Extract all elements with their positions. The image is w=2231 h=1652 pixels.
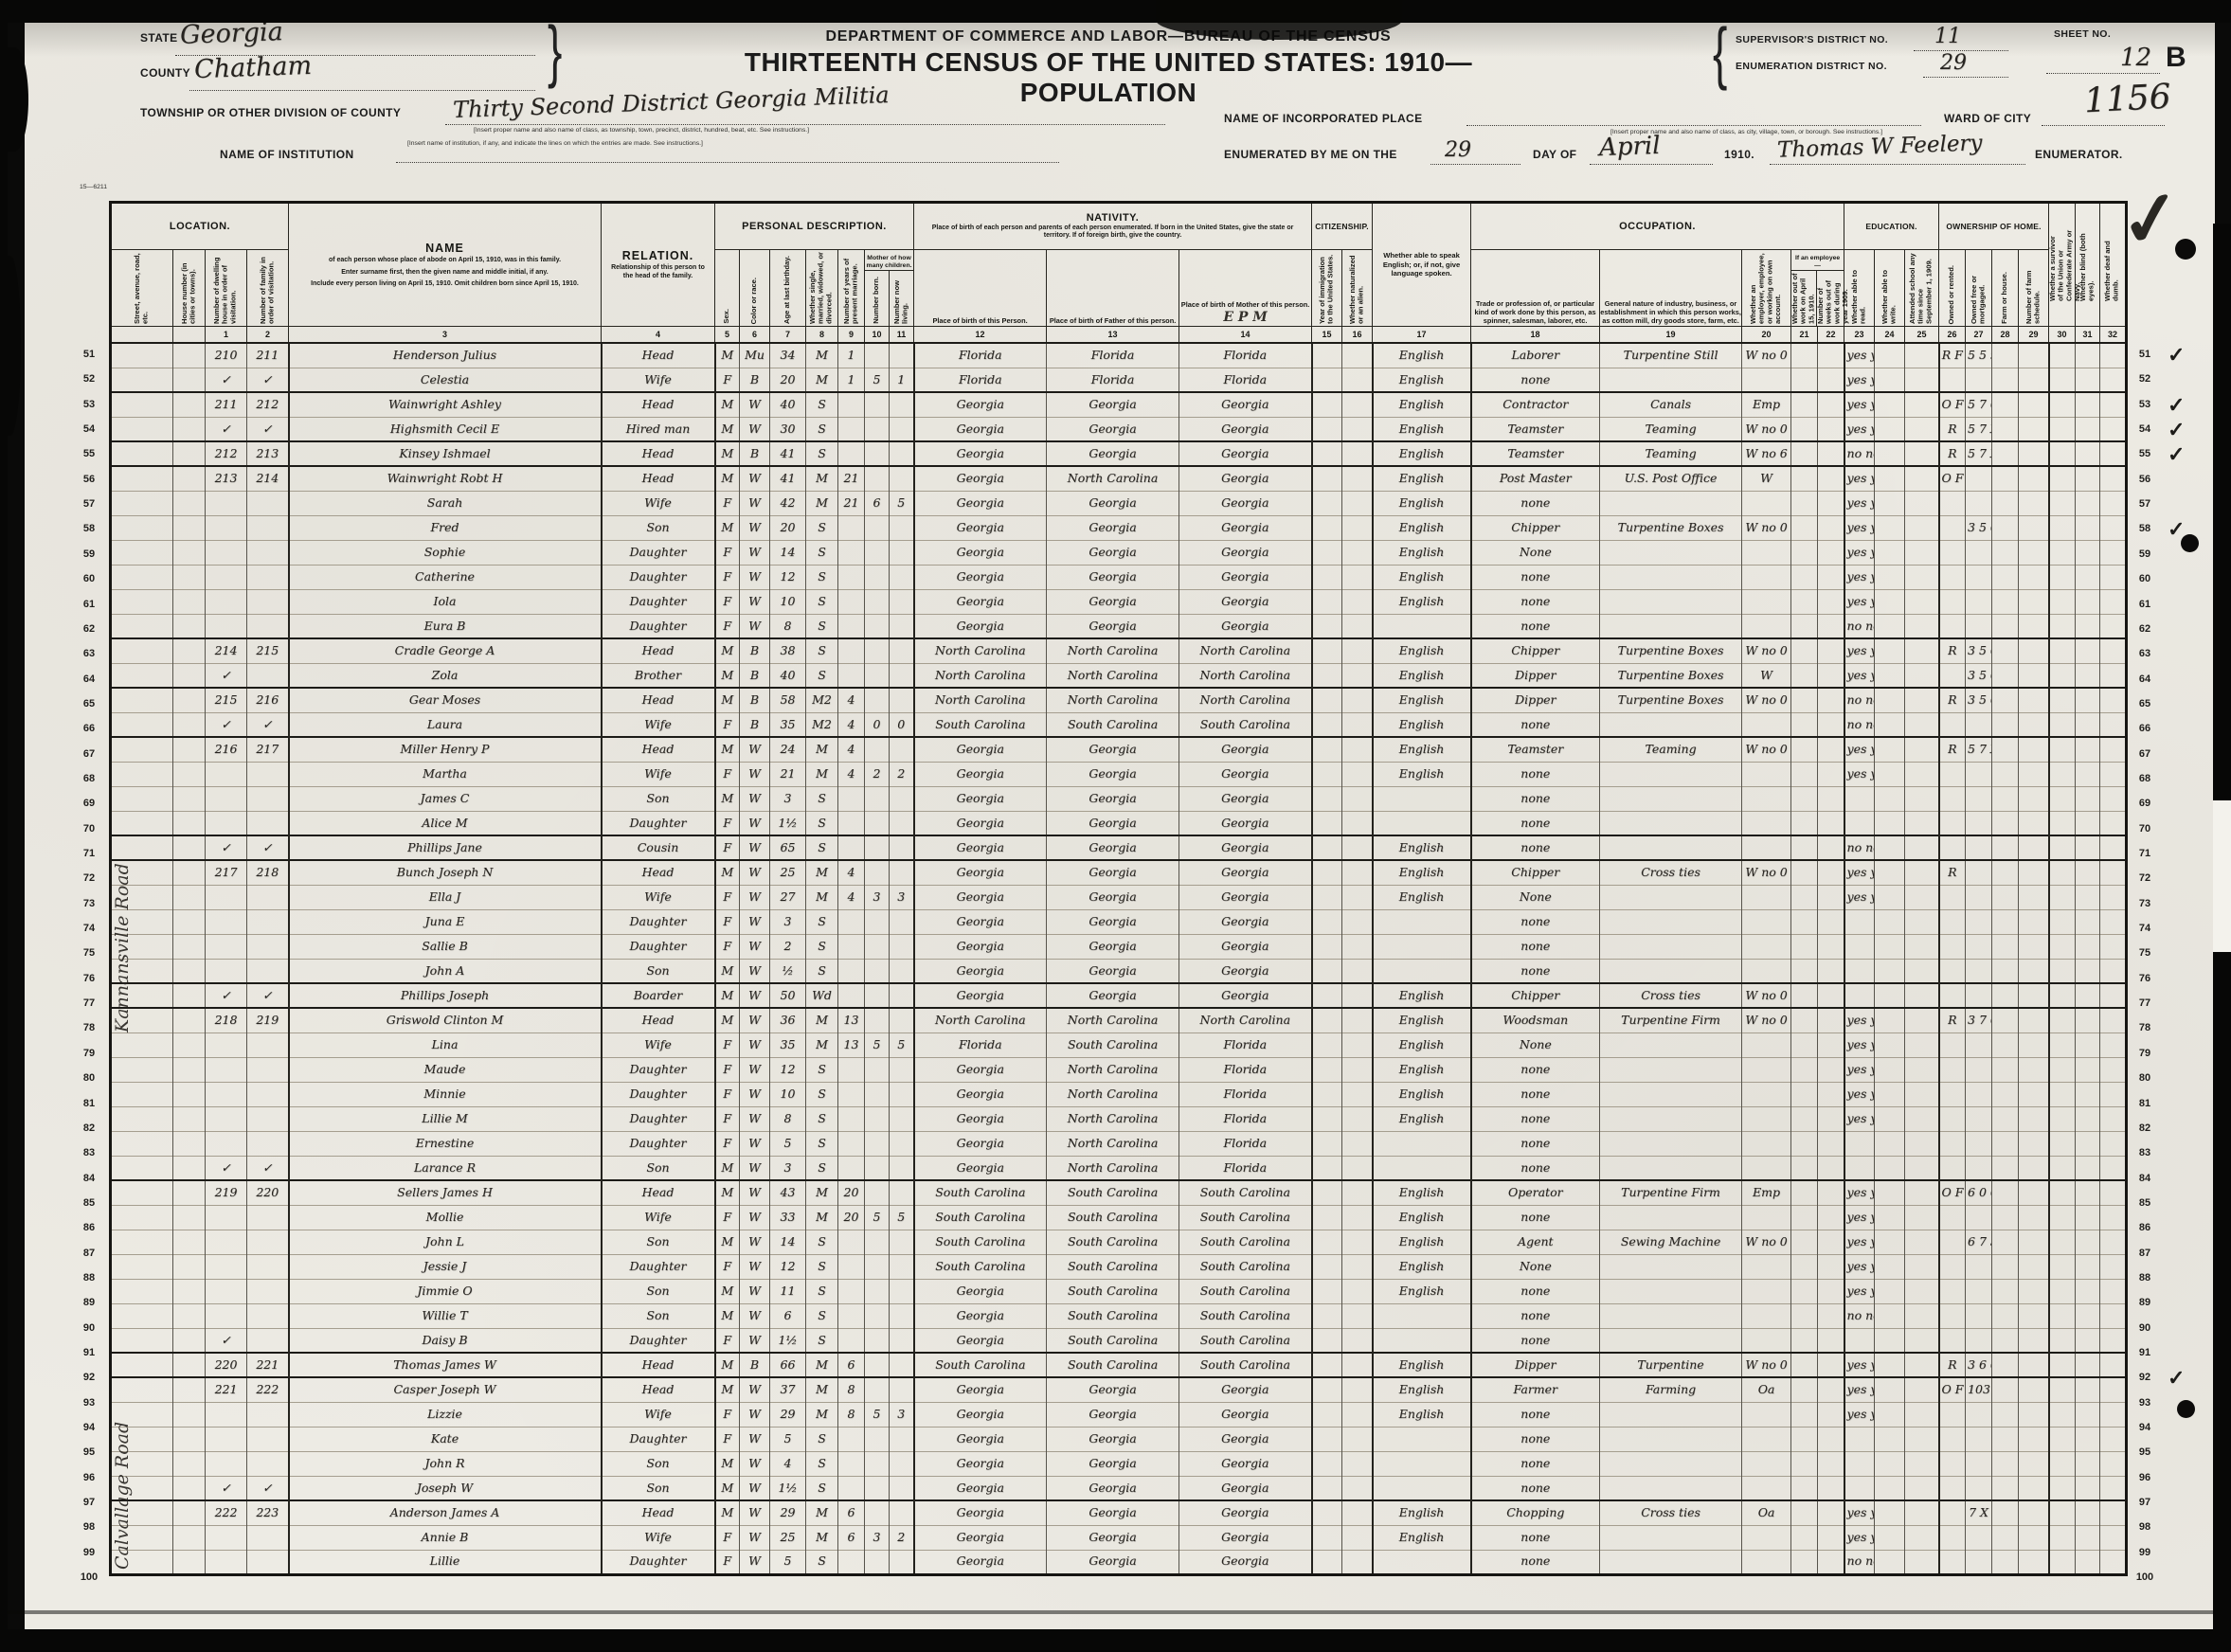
cell-ind-66 <box>1600 712 1742 737</box>
cell-sched-63 <box>2019 638 2049 663</box>
cell-name-89: Jimmie O <box>289 1279 602 1303</box>
cell-sex-90: M <box>715 1303 740 1328</box>
cell-farm-52 <box>1992 368 2019 392</box>
cell-write-97 <box>1875 1476 1905 1500</box>
enumerator-name-handwritten: Thomas W Feelery <box>1777 131 1983 163</box>
cell-deaf-78 <box>2100 1008 2127 1032</box>
cell-sex-79: F <box>715 1032 740 1057</box>
vt-farm-schedule: Number of farm schedule. <box>2025 252 2042 324</box>
cell-surv-93 <box>2049 1377 2076 1402</box>
cell-free-82 <box>1966 1106 1992 1131</box>
census-row-60: CatherineDaughterFW12SGeorgiaGeorgiaGeor… <box>111 565 2127 589</box>
cell-cb-91 <box>865 1328 890 1353</box>
cell-imm-77 <box>1312 983 1342 1008</box>
cell-trade-55: Teamster <box>1471 441 1600 466</box>
cell-dw-93: 221 <box>206 1377 247 1402</box>
cell-own-63: R <box>1939 638 1966 663</box>
cell-yrs-69 <box>838 786 865 811</box>
cell-cb-84 <box>865 1156 890 1180</box>
cell-house-72 <box>173 860 206 885</box>
cell-cls-66 <box>1742 712 1791 737</box>
cell-sched-94 <box>2019 1402 2049 1427</box>
cell-pob-53: Georgia <box>914 392 1047 417</box>
cell-own-55: R <box>1939 441 1966 466</box>
cell-blind-94 <box>2076 1402 2100 1427</box>
cell-wks-87 <box>1818 1230 1844 1254</box>
cell-blind-65 <box>2076 688 2100 712</box>
cell-color-92: B <box>740 1353 770 1377</box>
cell-pf-65: North Carolina <box>1047 688 1179 712</box>
cell-sex-60: F <box>715 565 740 589</box>
cell-sex-53: M <box>715 392 740 417</box>
census-row-94: LizzieWifeFW29M853GeorgiaGeorgiaGeorgiaE… <box>111 1402 2127 1427</box>
cell-fam-60 <box>247 565 289 589</box>
cell-imm-81 <box>1312 1082 1342 1106</box>
row-number-right-97: 97 <box>2128 1497 2162 1508</box>
cell-school-66 <box>1905 712 1939 737</box>
cell-nat-63 <box>1342 638 1373 663</box>
cell-cb-71 <box>865 835 890 860</box>
cell-own-100 <box>1939 1550 1966 1574</box>
cell-school-72 <box>1905 860 1939 885</box>
cell-blind-73 <box>2076 885 2100 909</box>
cell-eng-64: English <box>1373 663 1471 688</box>
cell-own-86 <box>1939 1205 1966 1230</box>
cell-surv-67 <box>2049 737 2076 762</box>
cell-color-51: Mu <box>740 343 770 368</box>
cell-cls-80 <box>1742 1057 1791 1082</box>
cell-pob-85: South Carolina <box>914 1180 1047 1205</box>
cell-blind-68 <box>2076 762 2100 786</box>
cell-pf-89: South Carolina <box>1047 1279 1179 1303</box>
cell-write-70 <box>1875 811 1905 835</box>
cell-nat-68 <box>1342 762 1373 786</box>
cell-color-61: W <box>740 589 770 614</box>
cell-dw-70 <box>206 811 247 835</box>
cell-free-58: 3 5 0 0 <box>1966 515 1992 540</box>
cell-deaf-75 <box>2100 934 2127 959</box>
cell-ind-100 <box>1600 1550 1742 1574</box>
cell-wks-85 <box>1818 1180 1844 1205</box>
cell-pf-92: South Carolina <box>1047 1353 1179 1377</box>
township-underline <box>445 123 1165 125</box>
cell-blind-75 <box>2076 934 2100 959</box>
cell-mar-85: M <box>806 1180 838 1205</box>
cell-nat-84 <box>1342 1156 1373 1180</box>
cell-nat-71 <box>1342 835 1373 860</box>
row-number-left-72: 72 <box>72 872 106 884</box>
cell-wks-53 <box>1818 392 1844 417</box>
cell-age-87: 14 <box>770 1230 806 1254</box>
cell-pob-60: Georgia <box>914 565 1047 589</box>
cell-sex-52: F <box>715 368 740 392</box>
cell-age-84: 3 <box>770 1156 806 1180</box>
cell-deaf-72 <box>2100 860 2127 885</box>
cell-nat-87 <box>1342 1230 1373 1254</box>
cell-yrs-63 <box>838 638 865 663</box>
census-row-99: Annie BWifeFW25M632GeorgiaGeorgiaGeorgia… <box>111 1525 2127 1550</box>
cell-read-82: yes yes <box>1844 1106 1875 1131</box>
cell-fam-73 <box>247 885 289 909</box>
cell-dw-76 <box>206 959 247 983</box>
cell-school-75 <box>1905 934 1939 959</box>
cell-wks-99 <box>1818 1525 1844 1550</box>
cell-deaf-85 <box>2100 1180 2127 1205</box>
cell-deaf-74 <box>2100 909 2127 934</box>
cell-pob-90: Georgia <box>914 1303 1047 1328</box>
cell-eng-63: English <box>1373 638 1471 663</box>
cell-surv-60 <box>2049 565 2076 589</box>
cell-deaf-82 <box>2100 1106 2127 1131</box>
cell-cls-62 <box>1742 614 1791 638</box>
cell-imm-58 <box>1312 515 1342 540</box>
cell-pm-91: South Carolina <box>1179 1328 1312 1353</box>
cell-free-100 <box>1966 1550 1992 1574</box>
cell-fam-85: 220 <box>247 1180 289 1205</box>
cell-farm-69 <box>1992 786 2019 811</box>
cell-farm-82 <box>1992 1106 2019 1131</box>
cell-imm-73 <box>1312 885 1342 909</box>
cell-school-78 <box>1905 1008 1939 1032</box>
cell-yrs-85: 20 <box>838 1180 865 1205</box>
cell-farm-97 <box>1992 1476 2019 1500</box>
cell-pm-59: Georgia <box>1179 540 1312 565</box>
cell-pf-79: South Carolina <box>1047 1032 1179 1057</box>
cell-nat-65 <box>1342 688 1373 712</box>
row-number-right-96: 96 <box>2128 1472 2162 1483</box>
cell-imm-83 <box>1312 1131 1342 1156</box>
cell-pob-83: Georgia <box>914 1131 1047 1156</box>
cell-deaf-99 <box>2100 1525 2127 1550</box>
cell-sched-54 <box>2019 417 2049 441</box>
cell-sex-71: F <box>715 835 740 860</box>
cell-pob-92: South Carolina <box>914 1353 1047 1377</box>
cell-color-53: W <box>740 392 770 417</box>
cell-read-99: yes yes <box>1844 1525 1875 1550</box>
cell-pf-56: North Carolina <box>1047 466 1179 491</box>
cell-house-95 <box>173 1427 206 1451</box>
cell-cls-71 <box>1742 835 1791 860</box>
cell-rel-83: Daughter <box>602 1131 715 1156</box>
cell-sex-51: M <box>715 343 740 368</box>
cell-free-84 <box>1966 1156 1992 1180</box>
col-number-7: 7 <box>770 327 806 344</box>
cell-cls-68 <box>1742 762 1791 786</box>
cell-house-55 <box>173 441 206 466</box>
cell-rel-93: Head <box>602 1377 715 1402</box>
cell-own-53: O F <box>1939 392 1966 417</box>
cell-deaf-95 <box>2100 1427 2127 1451</box>
cell-nat-60 <box>1342 565 1373 589</box>
cell-pm-96: Georgia <box>1179 1451 1312 1476</box>
cell-ind-63: Turpentine Boxes <box>1600 638 1742 663</box>
cell-cl-78 <box>890 1008 914 1032</box>
cell-cb-95 <box>865 1427 890 1451</box>
cell-cl-65 <box>890 688 914 712</box>
cell-out-79 <box>1791 1032 1818 1057</box>
cell-fam-90 <box>247 1303 289 1328</box>
row-number-right-95: 95 <box>2128 1446 2162 1458</box>
cell-color-81: W <box>740 1082 770 1106</box>
cell-wks-94 <box>1818 1402 1844 1427</box>
cell-sched-81 <box>2019 1082 2049 1106</box>
cell-cb-82 <box>865 1106 890 1131</box>
cell-fam-76 <box>247 959 289 983</box>
cell-sex-81: F <box>715 1082 740 1106</box>
cell-eng-96 <box>1373 1451 1471 1476</box>
cell-school-68 <box>1905 762 1939 786</box>
cell-name-96: John R <box>289 1451 602 1476</box>
cell-color-55: B <box>740 441 770 466</box>
cell-cb-61 <box>865 589 890 614</box>
cell-color-72: W <box>740 860 770 885</box>
cell-age-79: 35 <box>770 1032 806 1057</box>
cell-ind-72: Cross ties <box>1600 860 1742 885</box>
cell-ind-80 <box>1600 1057 1742 1082</box>
census-row-85: 219220Sellers James HHeadMW43M20South Ca… <box>111 1180 2127 1205</box>
cell-dw-75 <box>206 934 247 959</box>
cell-cb-99: 3 <box>865 1525 890 1550</box>
cell-pob-81: Georgia <box>914 1082 1047 1106</box>
cell-color-66: B <box>740 712 770 737</box>
cell-yrs-73: 4 <box>838 885 865 909</box>
cell-read-83 <box>1844 1131 1875 1156</box>
census-row-82: Lillie MDaughterFW8SGeorgiaNorth Carolin… <box>111 1106 2127 1131</box>
cell-age-96: 4 <box>770 1451 806 1476</box>
cell-dw-89 <box>206 1279 247 1303</box>
cell-street-59 <box>111 540 173 565</box>
col-header-sex: Sex. <box>715 250 740 327</box>
cell-free-83 <box>1966 1131 1992 1156</box>
cell-deaf-60 <box>2100 565 2127 589</box>
cell-write-66 <box>1875 712 1905 737</box>
census-row-74: Juna EDaughterFW3SGeorgiaGeorgiaGeorgian… <box>111 909 2127 934</box>
cell-age-91: 1½ <box>770 1328 806 1353</box>
mother-living-wrap: Number now living. <box>890 271 913 326</box>
cell-ind-84 <box>1600 1156 1742 1180</box>
cell-sex-72: M <box>715 860 740 885</box>
cell-imm-80 <box>1312 1057 1342 1082</box>
cell-imm-54 <box>1312 417 1342 441</box>
cell-pm-53: Georgia <box>1179 392 1312 417</box>
cell-street-87 <box>111 1230 173 1254</box>
cell-cl-72 <box>890 860 914 885</box>
cell-dw-99 <box>206 1525 247 1550</box>
cell-deaf-65 <box>2100 688 2127 712</box>
cell-rel-70: Daughter <box>602 811 715 835</box>
cell-deaf-59 <box>2100 540 2127 565</box>
vt-emp: Whether an employer, employee, or workin… <box>1750 252 1783 324</box>
cell-nat-56 <box>1342 466 1373 491</box>
cell-sched-57 <box>2019 491 2049 515</box>
punch-hole-1 <box>2175 239 2196 260</box>
cell-wks-51 <box>1818 343 1844 368</box>
cell-school-52 <box>1905 368 1939 392</box>
cell-surv-66 <box>2049 712 2076 737</box>
cell-deaf-100 <box>2100 1550 2127 1574</box>
cell-wks-97 <box>1818 1476 1844 1500</box>
cell-free-59 <box>1966 540 1992 565</box>
cell-surv-83 <box>2049 1131 2076 1156</box>
row-number-left-86: 86 <box>72 1222 106 1233</box>
incorporated-underline <box>1466 124 1921 126</box>
cell-eng-84 <box>1373 1156 1471 1180</box>
row-number-left-92: 92 <box>72 1372 106 1383</box>
cell-write-64 <box>1875 663 1905 688</box>
cell-cls-93: Oa <box>1742 1377 1791 1402</box>
cell-write-63 <box>1875 638 1905 663</box>
cell-school-90 <box>1905 1303 1939 1328</box>
cell-age-59: 14 <box>770 540 806 565</box>
cell-name-87: John L <box>289 1230 602 1254</box>
cell-sched-67 <box>2019 737 2049 762</box>
cell-own-70 <box>1939 811 1966 835</box>
row-number-left-58: 58 <box>72 523 106 534</box>
cell-write-86 <box>1875 1205 1905 1230</box>
row-number-right-87: 87 <box>2128 1248 2162 1259</box>
cell-pf-98: Georgia <box>1047 1500 1179 1525</box>
cell-pm-64: North Carolina <box>1179 663 1312 688</box>
year-label: 1910. <box>1724 148 1754 161</box>
header-scribble: E P M <box>1179 310 1311 326</box>
cell-sched-73 <box>2019 885 2049 909</box>
cell-sex-92: M <box>715 1353 740 1377</box>
cell-fam-74 <box>247 909 289 934</box>
row-number-left-57: 57 <box>72 498 106 510</box>
cell-trade-81: none <box>1471 1082 1600 1106</box>
cell-out-99 <box>1791 1525 1818 1550</box>
cell-sex-83: F <box>715 1131 740 1156</box>
cell-surv-59 <box>2049 540 2076 565</box>
cell-street-51 <box>111 343 173 368</box>
cell-pob-96: Georgia <box>914 1451 1047 1476</box>
cell-cls-86 <box>1742 1205 1791 1230</box>
cell-house-92 <box>173 1353 206 1377</box>
cell-wks-84 <box>1818 1156 1844 1180</box>
cell-name-76: John A <box>289 959 602 983</box>
vt-blind: Whether blind (both eyes). <box>2079 229 2096 301</box>
row-number-right-75: 75 <box>2128 947 2162 959</box>
cell-farm-83 <box>1992 1131 2019 1156</box>
cell-blind-76 <box>2076 959 2100 983</box>
cell-blind-60 <box>2076 565 2100 589</box>
cell-mar-81: S <box>806 1082 838 1106</box>
cell-cls-83 <box>1742 1131 1791 1156</box>
cell-blind-74 <box>2076 909 2100 934</box>
cell-fam-66: ✓ <box>247 712 289 737</box>
cell-age-99: 25 <box>770 1525 806 1550</box>
census-row-80: MaudeDaughterFW12SGeorgiaNorth CarolinaF… <box>111 1057 2127 1082</box>
cell-deaf-54 <box>2100 417 2127 441</box>
cell-out-64 <box>1791 663 1818 688</box>
cell-cl-96 <box>890 1451 914 1476</box>
census-row-92: 220221Thomas James WHeadMB66M6South Caro… <box>111 1353 2127 1377</box>
cell-pob-97: Georgia <box>914 1476 1047 1500</box>
cell-yrs-91 <box>838 1328 865 1353</box>
cell-eng-93: English <box>1373 1377 1471 1402</box>
cell-wks-65 <box>1818 688 1844 712</box>
cell-name-56: Wainwright Robt H <box>289 466 602 491</box>
cell-dw-98: 222 <box>206 1500 247 1525</box>
cell-eng-53: English <box>1373 392 1471 417</box>
cell-cb-89 <box>865 1279 890 1303</box>
col-number-32: 32 <box>2100 327 2127 344</box>
cell-eng-78: English <box>1373 1008 1471 1032</box>
cell-wks-54 <box>1818 417 1844 441</box>
cell-pf-90: South Carolina <box>1047 1303 1179 1328</box>
cell-name-80: Maude <box>289 1057 602 1082</box>
cell-cb-70 <box>865 811 890 835</box>
census-row-51: 210211Henderson JuliusHeadMMu34M1Florida… <box>111 343 2127 368</box>
cell-write-90 <box>1875 1303 1905 1328</box>
cell-yrs-64 <box>838 663 865 688</box>
col-number-31: 31 <box>2076 327 2100 344</box>
cell-age-71: 65 <box>770 835 806 860</box>
col-number-2: 2 <box>247 327 289 344</box>
census-row-96: John RSonMW4SGeorgiaGeorgiaGeorgianone <box>111 1451 2127 1476</box>
cell-cb-54 <box>865 417 890 441</box>
cell-trade-99: none <box>1471 1525 1600 1550</box>
cell-color-89: W <box>740 1279 770 1303</box>
cell-pf-94: Georgia <box>1047 1402 1179 1427</box>
cell-pob-98: Georgia <box>914 1500 1047 1525</box>
cell-pm-93: Georgia <box>1179 1377 1312 1402</box>
cell-nat-66 <box>1342 712 1373 737</box>
cell-farm-92 <box>1992 1353 2019 1377</box>
cell-own-78: R <box>1939 1008 1966 1032</box>
row-number-right-81: 81 <box>2128 1098 2162 1109</box>
cell-yrs-54 <box>838 417 865 441</box>
cell-sex-67: M <box>715 737 740 762</box>
cell-age-75: 2 <box>770 934 806 959</box>
cell-sched-69 <box>2019 786 2049 811</box>
cell-fam-63: 215 <box>247 638 289 663</box>
cell-blind-90 <box>2076 1303 2100 1328</box>
cell-age-53: 40 <box>770 392 806 417</box>
cell-fam-69 <box>247 786 289 811</box>
cell-sched-89 <box>2019 1279 2049 1303</box>
cell-yrs-58 <box>838 515 865 540</box>
cell-school-89 <box>1905 1279 1939 1303</box>
cell-pf-78: North Carolina <box>1047 1008 1179 1032</box>
cell-sched-99 <box>2019 1525 2049 1550</box>
cell-pm-57: Georgia <box>1179 491 1312 515</box>
cell-school-80 <box>1905 1057 1939 1082</box>
cell-yrs-89 <box>838 1279 865 1303</box>
cell-deaf-79 <box>2100 1032 2127 1057</box>
cell-street-55 <box>111 441 173 466</box>
cell-out-82 <box>1791 1106 1818 1131</box>
cell-age-69: 3 <box>770 786 806 811</box>
col-header-color: Color or race. <box>740 250 770 327</box>
cell-nat-86 <box>1342 1205 1373 1230</box>
cell-sex-93: M <box>715 1377 740 1402</box>
relation-title: RELATION. <box>602 246 714 262</box>
cell-deaf-86 <box>2100 1205 2127 1230</box>
cell-dw-80 <box>206 1057 247 1082</box>
cell-mar-69: S <box>806 786 838 811</box>
name-title: NAME <box>289 239 601 255</box>
row-number-left-67: 67 <box>72 748 106 760</box>
cell-write-91 <box>1875 1328 1905 1353</box>
cell-fam-71: ✓ <box>247 835 289 860</box>
cell-yrs-77 <box>838 983 865 1008</box>
cell-out-71 <box>1791 835 1818 860</box>
cell-color-67: W <box>740 737 770 762</box>
cell-nat-80 <box>1342 1057 1373 1082</box>
cell-imm-78 <box>1312 1008 1342 1032</box>
cell-color-60: W <box>740 565 770 589</box>
